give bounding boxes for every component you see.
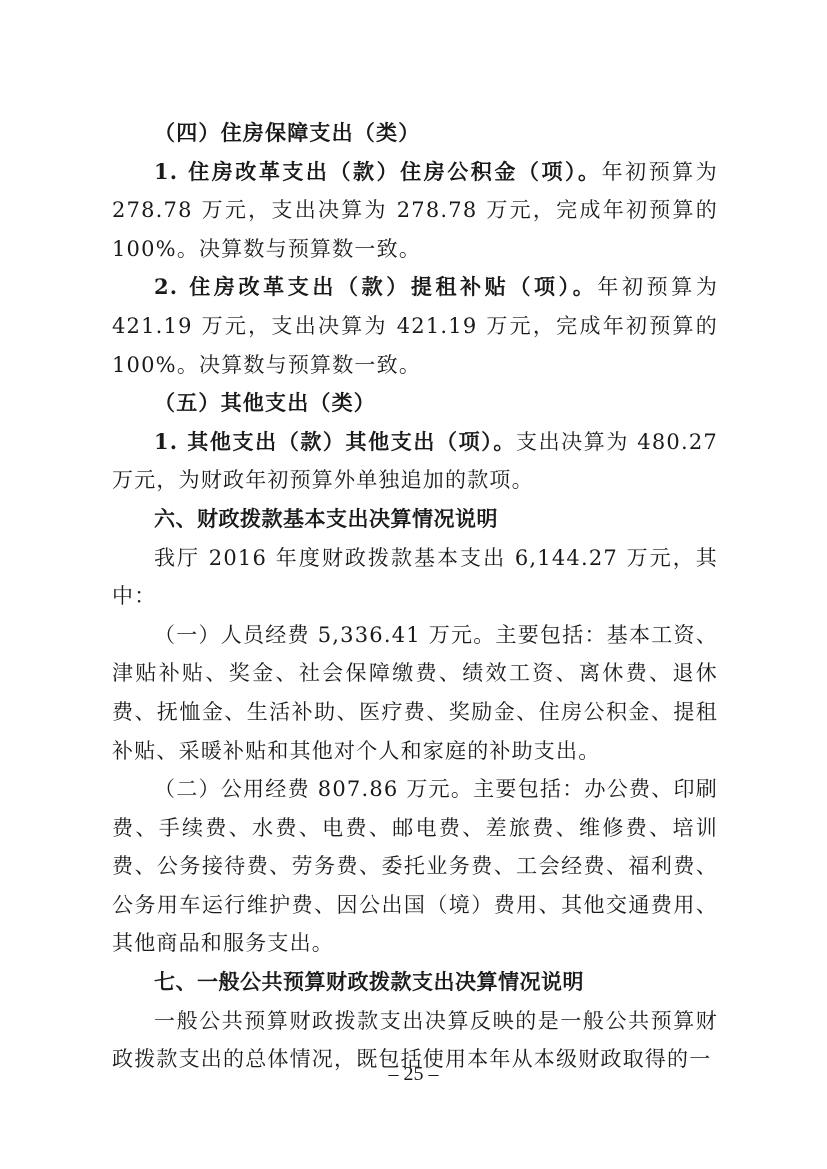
paragraph-basic-intro: 我厅 2016 年度财政拨款基本支出 6,144.27 万元，其中： xyxy=(112,539,718,616)
paragraph-personnel-funds: （一）人员经费 5,336.41 万元。主要包括：基本工资、津贴补贴、奖金、社会… xyxy=(112,616,718,770)
item-title: 1. 其他支出（款）其他支出（项）。 xyxy=(154,429,516,454)
paragraph-rent-subsidy: 2. 住房改革支出（款）提租补贴（项）。年初预算为 421.19 万元，支出决算… xyxy=(112,268,718,384)
chapter-heading-general-budget: 七、一般公共预算财政拨款支出决算情况说明 xyxy=(112,963,718,1002)
paragraph-housing-fund: 1. 住房改革支出（款）住房公积金（项）。年初预算为 278.78 万元，支出决… xyxy=(112,153,718,269)
section-heading-housing: （四）住房保障支出（类） xyxy=(112,114,718,153)
paragraph-other-expenditure: 1. 其他支出（款）其他支出（项）。支出决算为 480.27 万元，为财政年初预… xyxy=(112,423,718,500)
chapter-heading-basic-expenditure: 六、财政拨款基本支出决算情况说明 xyxy=(112,500,718,539)
item-title: 1. 住房改革支出（款）住房公积金（项）。 xyxy=(154,159,602,184)
document-page: （四）住房保障支出（类） 1. 住房改革支出（款）住房公积金（项）。年初预算为 … xyxy=(112,114,718,1079)
paragraph-public-funds: （二）公用经费 807.86 万元。主要包括：办公费、印刷费、手续费、水费、电费… xyxy=(112,770,718,963)
item-title: 2. 住房改革支出（款）提租补贴（项）。 xyxy=(154,274,597,299)
page-number: – 25 – xyxy=(0,1063,827,1086)
section-heading-other: （五）其他支出（类） xyxy=(112,384,718,423)
